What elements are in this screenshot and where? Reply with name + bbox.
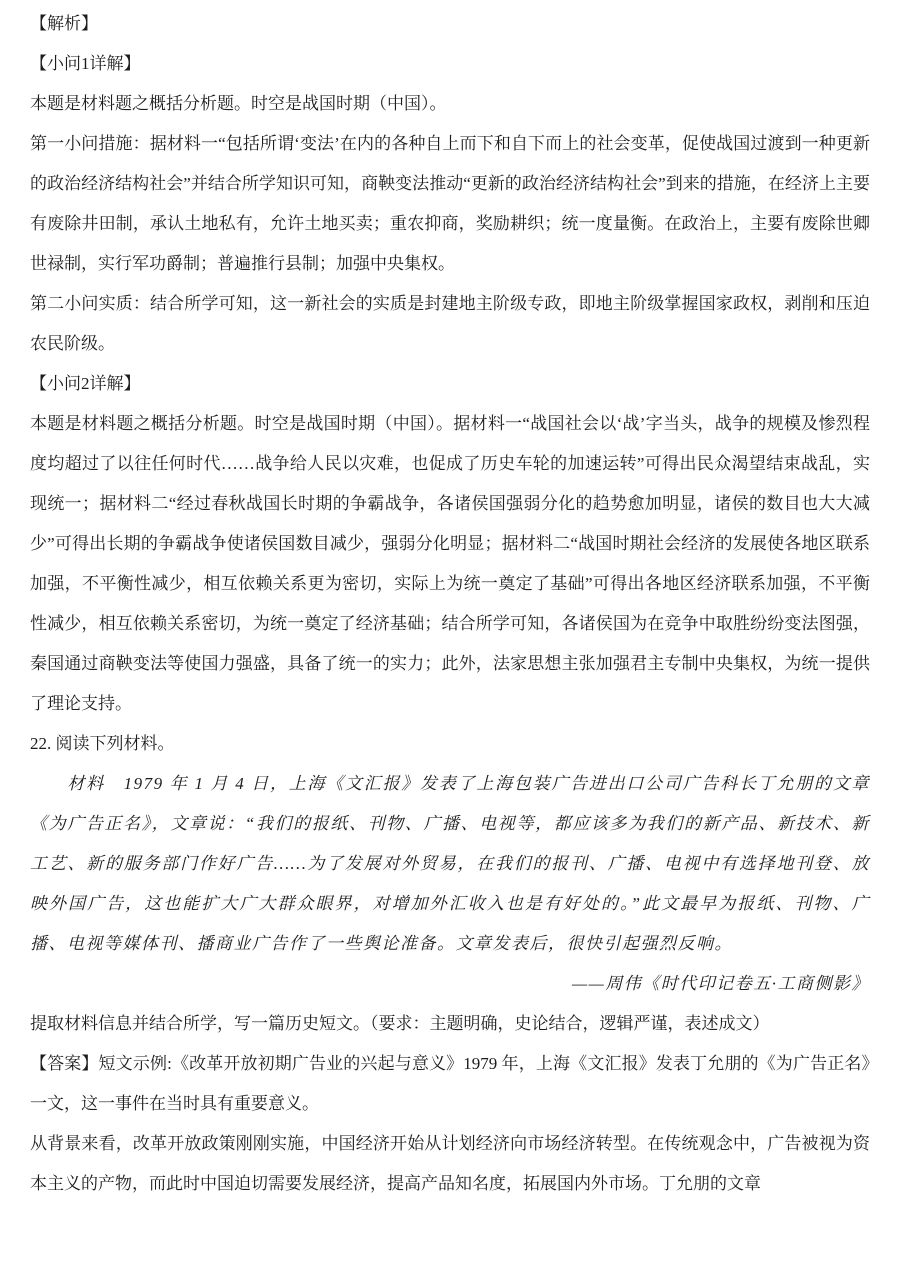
question-22-task-instruction: 提取材料信息并结合所学，写一篇历史短文。（要求：主题明确，史论结合，逻辑严谨，表… bbox=[30, 1004, 870, 1044]
answer-intro-text: 【答案】短文示例:《改革开放初期广告业的兴起与意义》1979 年，上海《文汇报》… bbox=[30, 1044, 870, 1124]
analysis-section-header: 【解析】 bbox=[30, 4, 870, 44]
subquestion2-analysis-text: 本题是材料题之概括分析题。时空是战国时期（中国）。据材料一“战国社会以‘战’字当… bbox=[30, 404, 870, 724]
question-22-title: 22. 阅读下列材料。 bbox=[30, 724, 870, 764]
subquestion2-header: 【小问2详解】 bbox=[30, 364, 870, 404]
subquestion1-header: 【小问1详解】 bbox=[30, 44, 870, 84]
subquestion1-intro-text: 本题是材料题之概括分析题。时空是战国时期（中国）。 bbox=[30, 84, 870, 124]
subquestion1-essence-text: 第二小问实质：结合所学可知，这一新社会的实质是封建地主阶级专政，即地主阶级掌握国… bbox=[30, 284, 870, 364]
question-22-material-text: 材料 1979 年 1 月 4 日，上海《文汇报》发表了上海包装广告进出口公司广… bbox=[30, 764, 870, 964]
subquestion1-measures-text: 第一小问措施：据材料一“包括所谓‘变法’在内的各种自上而下和自下而上的社会变革，… bbox=[30, 124, 870, 284]
material-source-attribution: ——周伟《时代印记卷五·工商侧影》 bbox=[30, 964, 870, 1004]
exam-answer-document-page: 【解析】 【小问1详解】 本题是材料题之概括分析题。时空是战国时期（中国）。 第… bbox=[0, 0, 900, 1286]
answer-background-text: 从背景来看，改革开放政策刚刚实施，中国经济开始从计划经济向市场经济转型。在传统观… bbox=[30, 1124, 870, 1204]
